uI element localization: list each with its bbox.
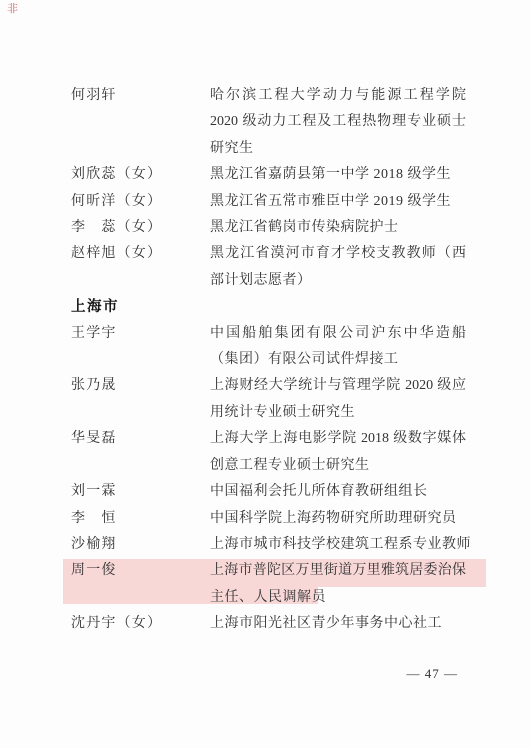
entry-desc-line: 主任、人民调解员 (210, 585, 466, 611)
entry-desc: 上海财经大学统计与管理学院 2020 级应用统计专业硕士研究生 (210, 373, 466, 426)
entry-desc-line: 黑龙江省五常市雅臣中学 2019 级学生 (210, 189, 466, 215)
entry-row: 刘欣蕊（女）黑龙江省嘉荫县第一中学 2018 级学生 (71, 162, 466, 188)
entry-desc-line: 黑龙江省漠河市育才学校支教教师（西 (210, 241, 466, 267)
entry-name: 周一俊 (71, 558, 210, 611)
entry-name: 张乃晟 (71, 373, 210, 426)
entry-desc: 中国福利会托儿所体育教研组组长 (210, 479, 466, 505)
entry-name: 华旻磊 (71, 426, 210, 479)
page-number: — 47 — (407, 666, 459, 682)
entry-row: 华旻磊上海大学上海电影学院 2018 级数字媒体创意工程专业硕士研究生 (71, 426, 466, 479)
entry-row: 沙榆翔上海市城市科技学校建筑工程系专业教师 (71, 532, 466, 558)
entry-desc-line: （集团）有限公司试件焊接工 (210, 347, 466, 373)
entry-desc: 哈尔滨工程大学动力与能源工程学院2020 级动力工程及工程热物理专业硕士研究生 (210, 83, 466, 162)
entry-desc: 黑龙江省嘉荫县第一中学 2018 级学生 (210, 162, 466, 188)
entry-desc: 上海市普陀区万里街道万里雅筑居委治保主任、人民调解员 (210, 558, 466, 611)
entry-row: 何羽轩哈尔滨工程大学动力与能源工程学院2020 级动力工程及工程热物理专业硕士研… (71, 83, 466, 162)
entry-row: 周一俊上海市普陀区万里街道万里雅筑居委治保主任、人民调解员 (71, 558, 466, 611)
entry-desc-line: 中国科学院上海药物研究所助理研究员 (210, 506, 466, 532)
entry-row: 张乃晟上海财经大学统计与管理学院 2020 级应用统计专业硕士研究生 (71, 373, 466, 426)
entry-desc-line: 部计划志愿者） (210, 268, 466, 294)
content: 何羽轩哈尔滨工程大学动力与能源工程学院2020 级动力工程及工程热物理专业硕士研… (71, 83, 466, 638)
entry-desc-line: 哈尔滨工程大学动力与能源工程学院 (210, 83, 466, 109)
entry-desc: 上海大学上海电影学院 2018 级数字媒体创意工程专业硕士研究生 (210, 426, 466, 479)
entry-desc-line: 中国船舶集团有限公司沪东中华造船 (210, 321, 466, 347)
entry-desc-line: 上海大学上海电影学院 2018 级数字媒体 (210, 426, 466, 452)
entry-name: 刘欣蕊（女） (71, 162, 210, 188)
entry-desc-line: 创意工程专业硕士研究生 (210, 453, 466, 479)
entry-row: 李 恒中国科学院上海药物研究所助理研究员 (71, 506, 466, 532)
corner-red-mark: 非 (7, 3, 18, 15)
entry-row: 沈丹宇（女）上海市阳光社区青少年事务中心社工 (71, 611, 466, 637)
entry-name: 李 恒 (71, 506, 210, 532)
entry-name: 李 蕊（女） (71, 215, 210, 241)
entry-name: 何羽轩 (71, 83, 210, 162)
section-header: 上海市 (71, 294, 466, 320)
entry-desc-line: 研究生 (210, 136, 466, 162)
entry-desc: 上海市阳光社区青少年事务中心社工 (210, 611, 466, 637)
entry-row: 王学宇中国船舶集团有限公司沪东中华造船（集团）有限公司试件焊接工 (71, 321, 466, 374)
entry-desc: 黑龙江省五常市雅臣中学 2019 级学生 (210, 189, 466, 215)
entry-desc: 中国科学院上海药物研究所助理研究员 (210, 506, 466, 532)
entry-desc: 黑龙江省漠河市育才学校支教教师（西部计划志愿者） (210, 241, 466, 294)
entry-name: 何昕洋（女） (71, 189, 210, 215)
entry-desc-line: 黑龙江省嘉荫县第一中学 2018 级学生 (210, 162, 466, 188)
entry-desc: 黑龙江省鹤岗市传染病院护士 (210, 215, 466, 241)
entry-name: 沙榆翔 (71, 532, 210, 558)
entry-desc-line: 上海市城市科技学校建筑工程系专业教师 (210, 532, 466, 558)
entry-row: 李 蕊（女）黑龙江省鹤岗市传染病院护士 (71, 215, 466, 241)
entry-desc: 上海市城市科技学校建筑工程系专业教师 (210, 532, 466, 558)
entry-row: 刘一霖中国福利会托儿所体育教研组组长 (71, 479, 466, 505)
entry-name: 沈丹宇（女） (71, 611, 210, 637)
entry-name: 赵梓旭（女） (71, 241, 210, 294)
entry-desc-line: 上海市普陀区万里街道万里雅筑居委治保 (210, 558, 466, 584)
entry-row: 赵梓旭（女）黑龙江省漠河市育才学校支教教师（西部计划志愿者） (71, 241, 466, 294)
entry-name: 刘一霖 (71, 479, 210, 505)
entry-desc-line: 中国福利会托儿所体育教研组组长 (210, 479, 466, 505)
entry-desc-line: 上海财经大学统计与管理学院 2020 级应 (210, 373, 466, 399)
document-page: 非 何羽轩哈尔滨工程大学动力与能源工程学院2020 级动力工程及工程热物理专业硕… (0, 0, 530, 748)
entry-name: 王学宇 (71, 321, 210, 374)
entry-desc-line: 2020 级动力工程及工程热物理专业硕士 (210, 109, 466, 135)
entry-desc-line: 黑龙江省鹤岗市传染病院护士 (210, 215, 466, 241)
entry-desc-line: 上海市阳光社区青少年事务中心社工 (210, 611, 466, 637)
entry-desc: 中国船舶集团有限公司沪东中华造船（集团）有限公司试件焊接工 (210, 321, 466, 374)
entry-desc-line: 用统计专业硕士研究生 (210, 400, 466, 426)
entry-row: 何昕洋（女）黑龙江省五常市雅臣中学 2019 级学生 (71, 189, 466, 215)
